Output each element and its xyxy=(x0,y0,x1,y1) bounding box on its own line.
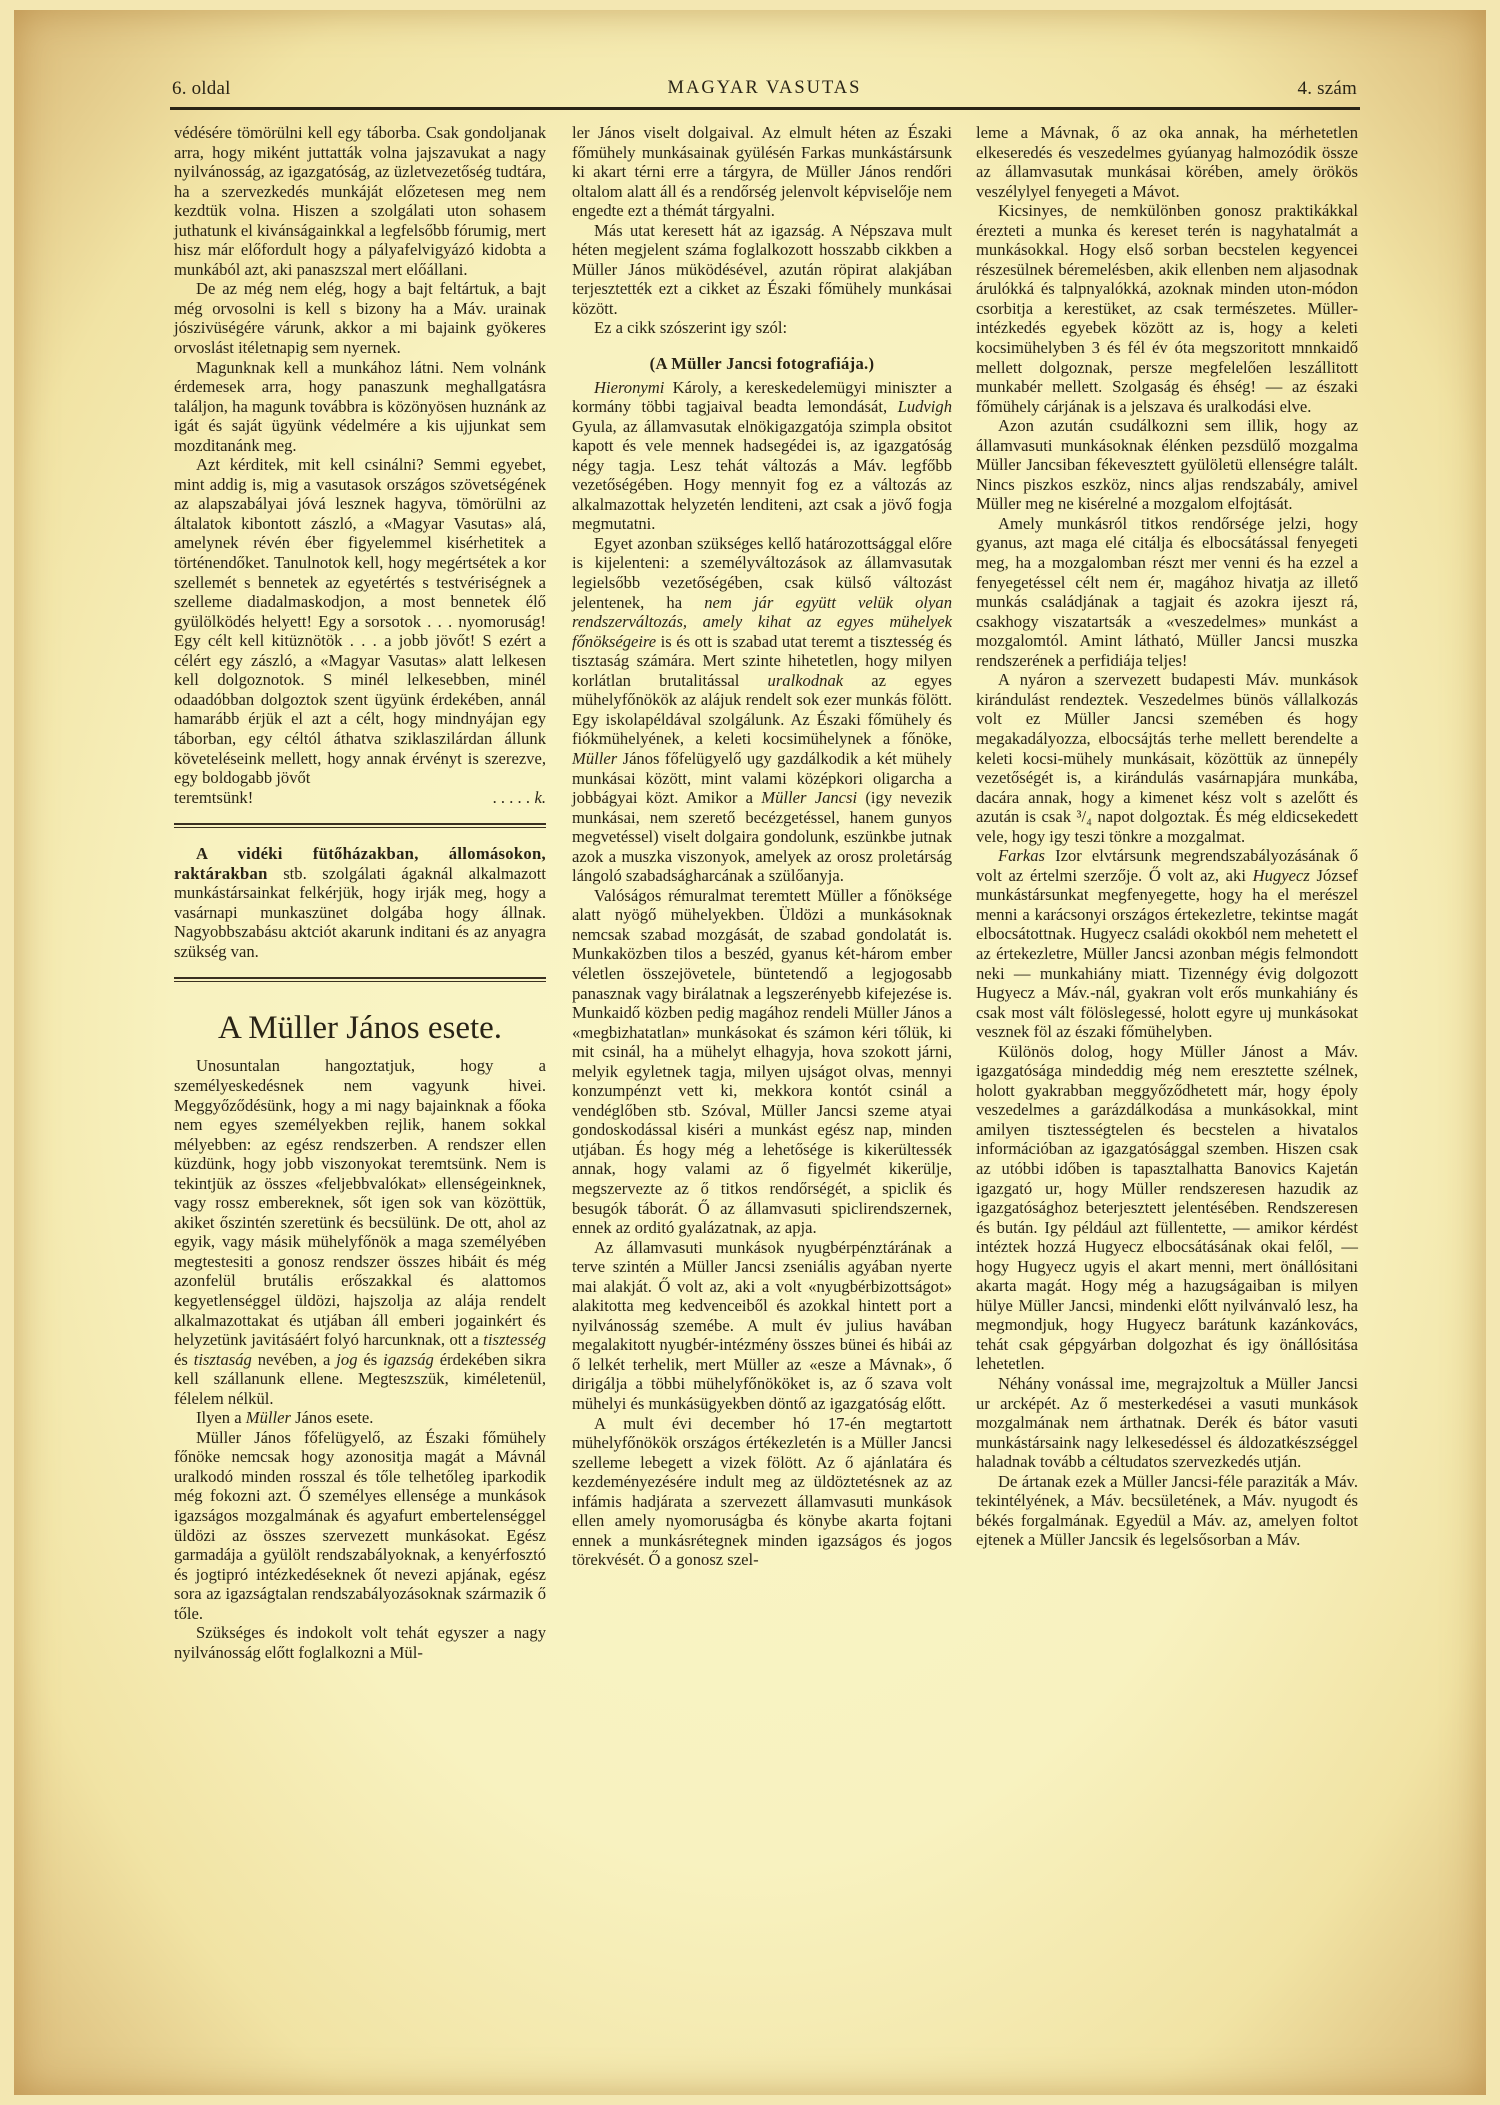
paragraph: De ártanak ezek a Müller Jancsi-féle par… xyxy=(976,1472,1358,1550)
issue-number: 4. szám xyxy=(1298,78,1357,100)
paragraph: Unosuntalan hangoztatjuk, hogy a személy… xyxy=(174,1056,546,1408)
article-title: A Müller János esete. xyxy=(174,1008,546,1048)
paragraph: Egyet azonban szükséges kellő határozott… xyxy=(572,534,952,886)
paragraph: Kicsinyes, de nemkülönben gonosz praktik… xyxy=(976,201,1358,416)
paragraph: De az még nem elég, hogy a bajt feltártu… xyxy=(174,279,546,357)
paragraph: Különös dolog, hogy Müller Jánost a Máv.… xyxy=(976,1042,1358,1374)
paragraph: Ilyen a Müller János esete. xyxy=(174,1408,546,1428)
paragraph: Néhány vonással ime, megrajzoltuk a Müll… xyxy=(976,1374,1358,1472)
paragraph: Hieronymi Károly, a kereskedelemügyi min… xyxy=(572,378,952,534)
author-signature: . . . . . k. xyxy=(493,788,546,808)
notice: A vidéki fütőházakban, állomásokon, rakt… xyxy=(174,844,546,961)
paragraph: Farkas Izor elvtársunk megrendszabályozá… xyxy=(976,846,1358,1041)
paragraph: leme a Mávnak, ő az oka annak, ha mérhet… xyxy=(976,123,1358,201)
paragraph: Amely munkásról titkos rendőrsége jelzi,… xyxy=(976,514,1358,670)
column-1: védésére tömörülni kell egy táborba. Csa… xyxy=(174,123,546,1662)
section-divider xyxy=(174,823,546,828)
quoted-article-subheading: (A Müller Jancsi fotografiája.) xyxy=(572,354,952,374)
signature-row: teremtsünk! . . . . . k. xyxy=(174,788,546,808)
paragraph: A mult évi december hó 17-én megtartott … xyxy=(572,1414,952,1570)
paragraph: Azt kérditek, mit kell csinálni? Semmi e… xyxy=(174,455,546,787)
section-divider xyxy=(174,977,546,982)
publication-title: MAGYAR VASUTAS xyxy=(172,78,1357,99)
paragraph: Magunknak kell a munkához látni. Nem vol… xyxy=(174,358,546,456)
paragraph-end: teremtsünk! xyxy=(174,788,253,808)
paragraph: ler János viselt dolgaival. Az elmult hé… xyxy=(572,123,952,221)
paragraph: Más utat keresett hát az igazság. A Néps… xyxy=(572,221,952,319)
header-rule xyxy=(170,107,1360,110)
paragraph: Müller János főfelügyelő, az Északi főmü… xyxy=(174,1428,546,1623)
paragraph: Azon azután csudálkozni sem illik, hogy … xyxy=(976,416,1358,514)
column-3: leme a Mávnak, ő az oka annak, ha mérhet… xyxy=(976,123,1358,1550)
page-header: 6. oldal MAGYAR VASUTAS 4. szám xyxy=(172,78,1357,102)
paragraph: Az államvasuti munkások nyugbérpénztárán… xyxy=(572,1238,952,1414)
paragraph: Szükséges és indokolt volt tehát egyszer… xyxy=(174,1623,546,1662)
paragraph: Valóságos rémuralmat teremtett Müller a … xyxy=(572,886,952,1238)
newspaper-page: 6. oldal MAGYAR VASUTAS 4. szám védésére… xyxy=(14,10,1486,2095)
paragraph: A nyáron a szervezett budapesti Máv. mun… xyxy=(976,670,1358,846)
paragraph: Ez a cikk szószerint igy szól: xyxy=(572,318,952,338)
column-2: ler János viselt dolgaival. Az elmult hé… xyxy=(572,123,952,1570)
paragraph: védésére tömörülni kell egy táborba. Csa… xyxy=(174,123,546,279)
